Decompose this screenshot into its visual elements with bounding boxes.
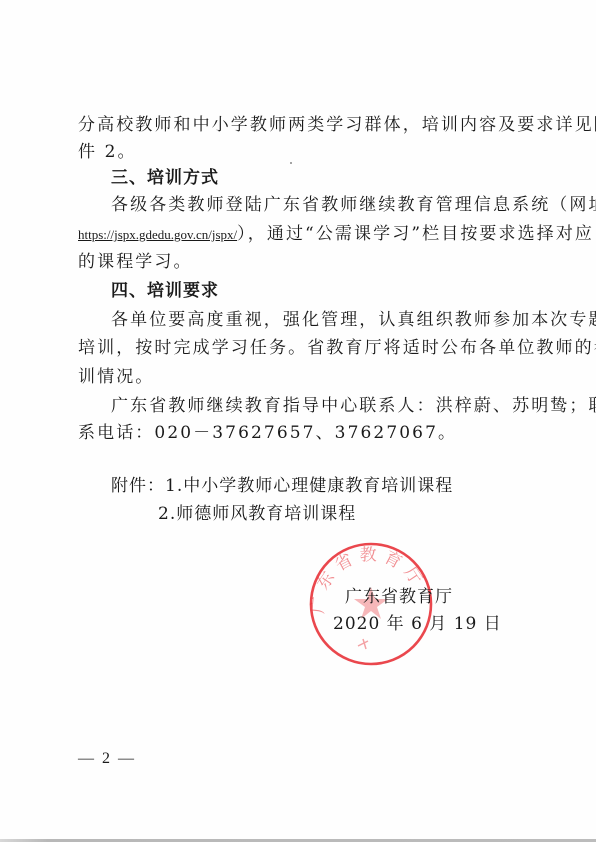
document-page: 分高校教师和中小学教师两类学习群体，培训内容及要求详见附 件 2。 三、培训方式…: [0, 0, 596, 840]
page-number: — 2 —: [78, 750, 136, 768]
paragraph-line: 训情况。: [78, 366, 523, 388]
attachment-item-1: 1.中小学教师心理健康教育培训课程: [165, 476, 453, 496]
paragraph-line: 的课程学习。: [78, 251, 523, 273]
paragraph-line: 分高校教师和中小学教师两类学习群体，培训内容及要求详见附: [78, 114, 523, 136]
attachments-label: 附件：: [111, 476, 165, 496]
paragraph-text: ），通过“公需课学习”栏目按要求选择对应: [237, 224, 594, 244]
attachments-block: 附件：1.中小学教师心理健康教育培训课程: [111, 475, 453, 497]
issue-date: 2020 年 6 月 19 日: [333, 613, 502, 635]
section-heading-training-requirements: 四、培训要求: [111, 280, 556, 302]
contact-line: 广东省教师继续教育指导中心联系人：洪梓蔚、苏明鸷；联: [111, 395, 556, 417]
paragraph-line: 件 2。: [78, 141, 523, 163]
paragraph-line: 各单位要高度重视，强化管理，认真组织教师参加本次专题: [111, 309, 556, 331]
attachment-item-2: 2.师德师风教育培训课程: [158, 503, 356, 525]
paragraph-line-with-url: https://jspx.gdedu.gov.cn/jspx/），通过“公需课学…: [78, 223, 523, 245]
section-heading-training-method: 三、培训方式: [111, 167, 556, 189]
system-url-link[interactable]: https://jspx.gdedu.gov.cn/jspx/: [78, 227, 237, 242]
paragraph-line: 培训，按时完成学习任务。省教育厅将适时公布各单位教师的参: [78, 337, 523, 359]
issuer-name: 广东省教育厅: [345, 586, 453, 608]
contact-phone-line: 系电话：020－37627657、37627067。: [78, 422, 523, 444]
paragraph-line: 各级各类教师登陆广东省教师继续教育管理信息系统（网址: [111, 194, 556, 216]
